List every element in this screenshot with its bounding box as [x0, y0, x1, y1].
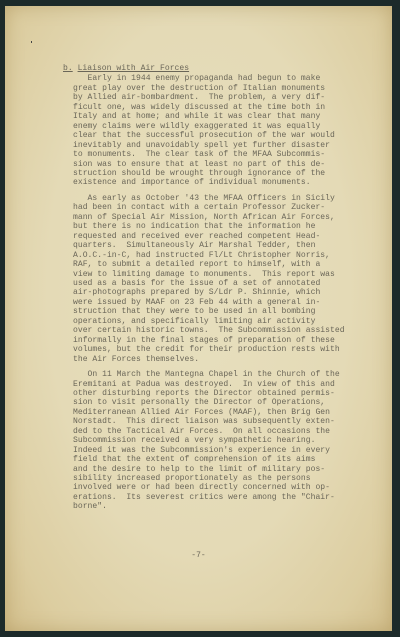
page-number: -7-	[5, 551, 392, 560]
section-heading: b. Liaison with Air Forces	[63, 64, 323, 73]
text-line: operations, and specifically limiting ai…	[73, 317, 323, 326]
text-line: volumes, but the credit for their produc…	[73, 345, 323, 354]
text-line: Italy and at home; and while it was clea…	[73, 112, 323, 121]
text-line: quarters. Simultaneously Air Marshal Ted…	[73, 241, 323, 250]
text-line: sion was to ensure that at least no part…	[73, 160, 323, 169]
text-line: the Air Forces themselves.	[73, 355, 323, 364]
text-line: great play over the destruction of Itali…	[73, 84, 323, 93]
text-line: air-photographs prepared by S/Ldr P. Shi…	[73, 288, 323, 297]
text-line: field that the extent of comprehension o…	[73, 455, 323, 464]
text-line: Indeed it was the Subcommission's experi…	[73, 446, 323, 455]
text-line: mann of Special Air Mission, North Afric…	[73, 213, 323, 222]
text-line: were issued by MAAF on 23 Feb 44 with a …	[73, 298, 323, 307]
ink-speck	[31, 41, 32, 43]
text-line: Early in 1944 enemy propaganda had begun…	[73, 74, 323, 83]
text-line: ficult one, was widely discussed at the …	[73, 103, 323, 112]
section-title: Liaison with Air Forces	[78, 64, 190, 73]
text-line: On 11 March the Mantegna Chapel in the C…	[73, 370, 323, 379]
text-line: inevitably and unavoidably spell yet fur…	[73, 141, 323, 150]
text-line: informally in the final stages of prepar…	[73, 336, 323, 345]
paragraph-2: As early as October '43 the MFAA Officer…	[73, 194, 323, 364]
document-body: b. Liaison with Air Forces Early in 1944…	[73, 64, 323, 518]
text-line: Subcommission received a very sympatheti…	[73, 436, 323, 445]
paragraph-3: On 11 March the Mantegna Chapel in the C…	[73, 370, 323, 512]
text-line: erations. Its severest critics were amon…	[73, 493, 323, 502]
text-line: had been in contact with a certain Profe…	[73, 203, 323, 212]
text-line: and the desire to help to the limit of m…	[73, 465, 323, 474]
text-line: Norstadt. This direct liaison was subseq…	[73, 417, 323, 426]
text-line: over certain historic towns. The Subcomm…	[73, 326, 323, 335]
text-line: other disturbing reports the Director ob…	[73, 389, 323, 398]
text-line: ded to the Tactical Air Forces. On all o…	[73, 427, 323, 436]
paragraph-1: Early in 1944 enemy propaganda had begun…	[73, 74, 323, 187]
text-line: view to limiting damage to monuments. Th…	[73, 270, 323, 279]
text-line: sion to visit personally the Director of…	[73, 398, 323, 407]
text-line: by Allied air-bombardment. The problem, …	[73, 93, 323, 102]
text-line: involved were or had been directly conce…	[73, 483, 323, 492]
text-line: enemy claims were wildly exaggerated it …	[73, 122, 323, 131]
text-line: clear that the successful prosecution of…	[73, 131, 323, 140]
text-line: Eremitani at Padua was destroyed. In vie…	[73, 380, 323, 389]
text-line: sibility increased proportionately as th…	[73, 474, 323, 483]
text-line: requested and received ever reached comp…	[73, 232, 323, 241]
text-line: RAF, to submit a detailed report to hims…	[73, 260, 323, 269]
text-line: struction that they were to be used in a…	[73, 307, 323, 316]
text-line: Mediterranean Allied Air Forces (MAAF), …	[73, 408, 323, 417]
text-line: A.O.C.-in-C, had instructed Fl/Lt Christ…	[73, 251, 323, 260]
text-line: but there is no indication that the info…	[73, 222, 323, 231]
text-line: existence and importance of individual m…	[73, 178, 323, 187]
document-page: b. Liaison with Air Forces Early in 1944…	[5, 6, 392, 631]
text-line: to monuments. The clear task of the MFAA…	[73, 150, 323, 159]
text-line: As early as October '43 the MFAA Officer…	[73, 194, 323, 203]
text-line: used as a basis for the issue of a set o…	[73, 279, 323, 288]
text-line: struction should be wrought through igno…	[73, 169, 323, 178]
section-label: b.	[63, 64, 73, 73]
text-line: borne".	[73, 502, 323, 511]
